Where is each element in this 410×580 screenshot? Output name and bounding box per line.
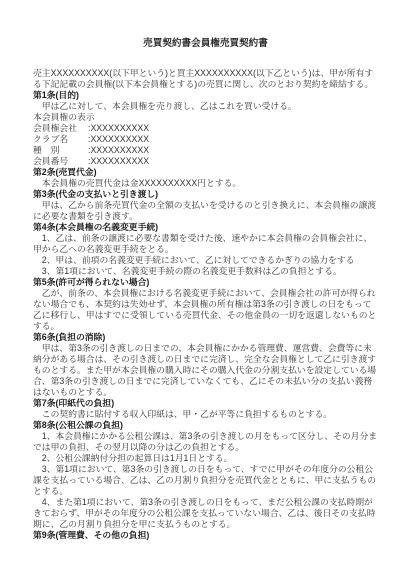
section-heading: 第9条(管理費、その他の負担) [33,530,378,541]
paragraph: この契約書に貼付する収入印紙は、甲・乙が平等に負担するものとする。 [33,409,378,420]
paragraph: 甲は、乙から前条売買代金の全額の支払いを受けるのと引き換えに、本会員権の譲渡に必… [33,200,378,222]
section-heading: 第6条(負担の消除) [33,332,378,343]
field-value: :XXXXXXXXXX [88,134,378,145]
sections-container: 第1条(目的)甲は乙に対して、本会員権を売り渡し、乙はこれを買い受ける。本会員権… [33,90,378,541]
field-value: :XXXXXXXXXX [88,156,378,167]
paragraph: 甲は乙に対して、本会員権を売り渡し、乙はこれを買い受ける。 [33,101,378,112]
paragraph: 4、また第1項において、第3条の引き渡しの日をもって、まだ公租公課の支払時期がき… [33,497,378,530]
paragraph: 甲は、第3条の引き渡しの日までの、本会員権にかかる管理費、運営費、会費等に未納分… [33,343,378,398]
paragraph: 1、乙は、前条の譲渡に必要な書類を受けた後、速やかに本会員権の会員権会社に、甲か… [33,233,378,255]
paragraph: 乙が、前条の、本会員権における名義変更手続において、会員権会社の許可が得られない… [33,288,378,332]
paragraph: 3、第1項において、第3条の引き渡しの日をもって、すでに甲がその年度分の公租公課… [33,464,378,497]
section-heading: 第7条(印紙代の負担) [33,398,378,409]
document-title: 売買契約書会員権売買契約書 [33,38,378,49]
section-heading: 第5条(許可が得られない場合) [33,277,378,288]
field-label: 種 別 [33,145,88,156]
intro-paragraph: 売主XXXXXXXXXX(以下甲という)と買主XXXXXXXXXX(以下乙という… [33,68,378,90]
section-heading: 第3条(代金の支払いと引き渡し) [33,189,378,200]
paragraph: 1、本会員権にかかる公租公課は、第3条の引き渡しの月をもって区分し、その月分まで… [33,431,378,453]
membership-field-row: 種 別:XXXXXXXXXX [33,145,378,156]
field-value: :XXXXXXXXXX [88,123,378,134]
paragraph: 本会員権の表示 [33,112,378,123]
field-value: :XXXXXXXXXX [88,145,378,156]
section-heading: 第4条(本会員権の名義変更手続) [33,222,378,233]
paragraph: 2、甲は、前項の名義変更手続において、乙に対してできるかぎりの協力をする [33,255,378,266]
paragraph: 3、第1項において、名義変更手続の際の名義変更手数料は乙の負担とする。 [33,266,378,277]
section-heading: 第2条(売買代金) [33,167,378,178]
document-page: 売買契約書会員権売買契約書 売主XXXXXXXXXX(以下甲という)と買主XXX… [33,38,378,541]
field-label: クラブ名 [33,134,88,145]
field-label: 会員番号 [33,156,88,167]
field-label: 会員権会社 [33,123,88,134]
section-heading: 第8条(公租公課の負担) [33,420,378,431]
paragraph: 本会員権の売買代金は金XXXXXXXXXX円とする。 [33,178,378,189]
section-heading: 第1条(目的) [33,90,378,101]
membership-field-row: 会員権会社:XXXXXXXXXX [33,123,378,134]
membership-field-row: 会員番号:XXXXXXXXXX [33,156,378,167]
paragraph: 2、公租公課納付分担の起算日は1月1日とする。 [33,453,378,464]
membership-field-row: クラブ名:XXXXXXXXXX [33,134,378,145]
